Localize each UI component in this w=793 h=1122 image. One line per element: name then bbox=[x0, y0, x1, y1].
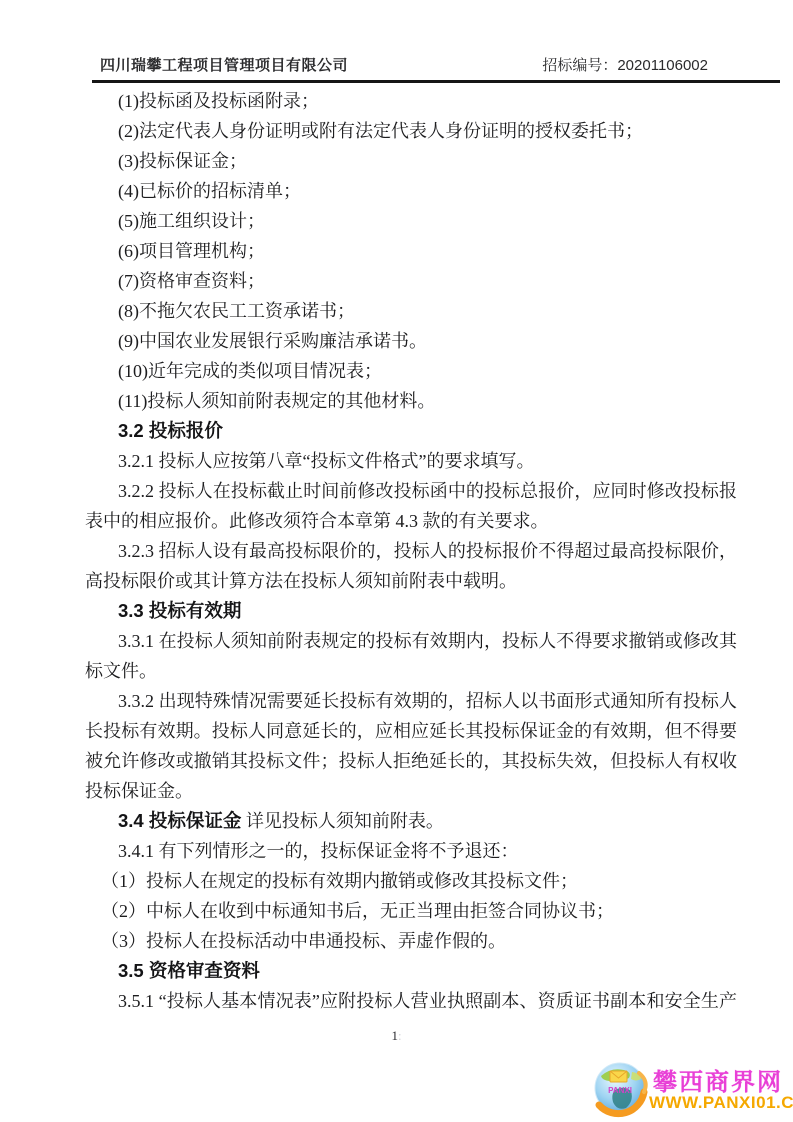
list-item: (3)投标保证金； bbox=[85, 146, 737, 176]
globe-logo-text: PANXI bbox=[608, 1086, 632, 1095]
bid-number: 招标编号：20201106002 bbox=[542, 54, 708, 75]
list-item: (8)不拖欠农民工工资承诺书； bbox=[85, 296, 737, 326]
company-name: 四川瑞攀工程项目管理项目有限公司 bbox=[100, 54, 348, 75]
document-body: (1)投标函及投标函附录；(2)法定代表人身份证明或附有法定代表人身份证明的授权… bbox=[85, 86, 737, 1016]
section-heading: 3.5 资格审查资料 bbox=[85, 956, 737, 986]
list-item: (4)已标价的招标清单； bbox=[85, 176, 737, 206]
bid-number-label: 招标编号： bbox=[542, 57, 617, 74]
list-item: (7)资格审查资料； bbox=[85, 266, 737, 296]
list-item: (9)中国农业发展银行采购廉洁承诺书。 bbox=[85, 326, 737, 356]
paragraph-line: 标文件。 bbox=[85, 656, 737, 686]
paragraph-line: 表中的相应报价。此修改须符合本章第 4.3 款的有关要求。 bbox=[85, 506, 737, 536]
paragraph-line: 3.2.1 投标人应按第八章“投标文件格式”的要求填写。 bbox=[85, 446, 737, 476]
paragraph-line: 3.5.1 “投标人基本情况表”应附投标人营业执照副本、资质证书副本和安全生产 bbox=[85, 986, 737, 1016]
list-item: (5)施工组织设计； bbox=[85, 206, 737, 236]
page-number-ghost: : bbox=[398, 1028, 402, 1043]
watermark: PANXI 攀西商界网 WWW.PANXI01.COM bbox=[591, 1060, 791, 1120]
paragraph-line: 3.2.2 投标人在投标截止时间前修改投标函中的投标总报价，应同时修改投标报价 bbox=[85, 476, 737, 506]
watermark-site-url: WWW.PANXI01.COM bbox=[649, 1093, 793, 1113]
paragraph-line: 3.3.1 在投标人须知前附表规定的投标有效期内，投标人不得要求撤销或修改其投 bbox=[85, 626, 737, 656]
sub-list-item: （3）投标人在投标活动中串通投标、弄虚作假的。 bbox=[85, 926, 737, 956]
section-heading: 3.2 投标报价 bbox=[85, 416, 737, 446]
section-heading-bold: 3.4 投标保证金 bbox=[118, 810, 241, 831]
document-page: 四川瑞攀工程项目管理项目有限公司 招标编号：20201106002 (1)投标函… bbox=[0, 0, 793, 1122]
list-item: (1)投标函及投标函附录； bbox=[85, 86, 737, 116]
list-item: (11)投标人须知前附表规定的其他材料。 bbox=[85, 386, 737, 416]
paragraph-line: 3.3.2 出现特殊情况需要延长投标有效期的，招标人以书面形式通知所有投标人延 bbox=[85, 686, 737, 716]
section-heading: 3.3 投标有效期 bbox=[85, 596, 737, 626]
bid-number-value: 20201106002 bbox=[617, 57, 708, 74]
paragraph-line: 长投标有效期。投标人同意延长的，应相应延长其投标保证金的有效期，但不得要求或 bbox=[85, 716, 737, 746]
list-item: (10)近年完成的类似项目情况表； bbox=[85, 356, 737, 386]
globe-logo-icon: PANXI bbox=[591, 1060, 649, 1118]
list-item: (6)项目管理机构； bbox=[85, 236, 737, 266]
page-number: 1: bbox=[0, 1028, 793, 1044]
section-heading-note: 详见投标人须知前附表。 bbox=[241, 811, 444, 831]
sub-list-item: （2）中标人在收到中标通知书后，无正当理由拒签合同协议书； bbox=[85, 896, 737, 926]
sub-list-item: （1）投标人在规定的投标有效期内撤销或修改其投标文件； bbox=[85, 866, 737, 896]
paragraph-line: 投标保证金。 bbox=[85, 776, 737, 806]
paragraph-line: 被允许修改或撤销其投标文件；投标人拒绝延长的，其投标失效，但投标人有权收回其 bbox=[85, 746, 737, 776]
paragraph-line: 3.4.1 有下列情形之一的，投标保证金将不予退还： bbox=[85, 836, 737, 866]
section-heading: 3.4 投标保证金 详见投标人须知前附表。 bbox=[85, 806, 737, 836]
page-header: 四川瑞攀工程项目管理项目有限公司 招标编号：20201106002 bbox=[92, 50, 780, 83]
paragraph-line: 3.2.3 招标人设有最高投标限价的，投标人的投标报价不得超过最高投标限价，最 bbox=[85, 536, 737, 566]
watermark-site-name: 攀西商界网 bbox=[653, 1062, 783, 1097]
paragraph-line: 高投标限价或其计算方法在投标人须知前附表中载明。 bbox=[85, 566, 737, 596]
list-item: (2)法定代表人身份证明或附有法定代表人身份证明的授权委托书； bbox=[85, 116, 737, 146]
